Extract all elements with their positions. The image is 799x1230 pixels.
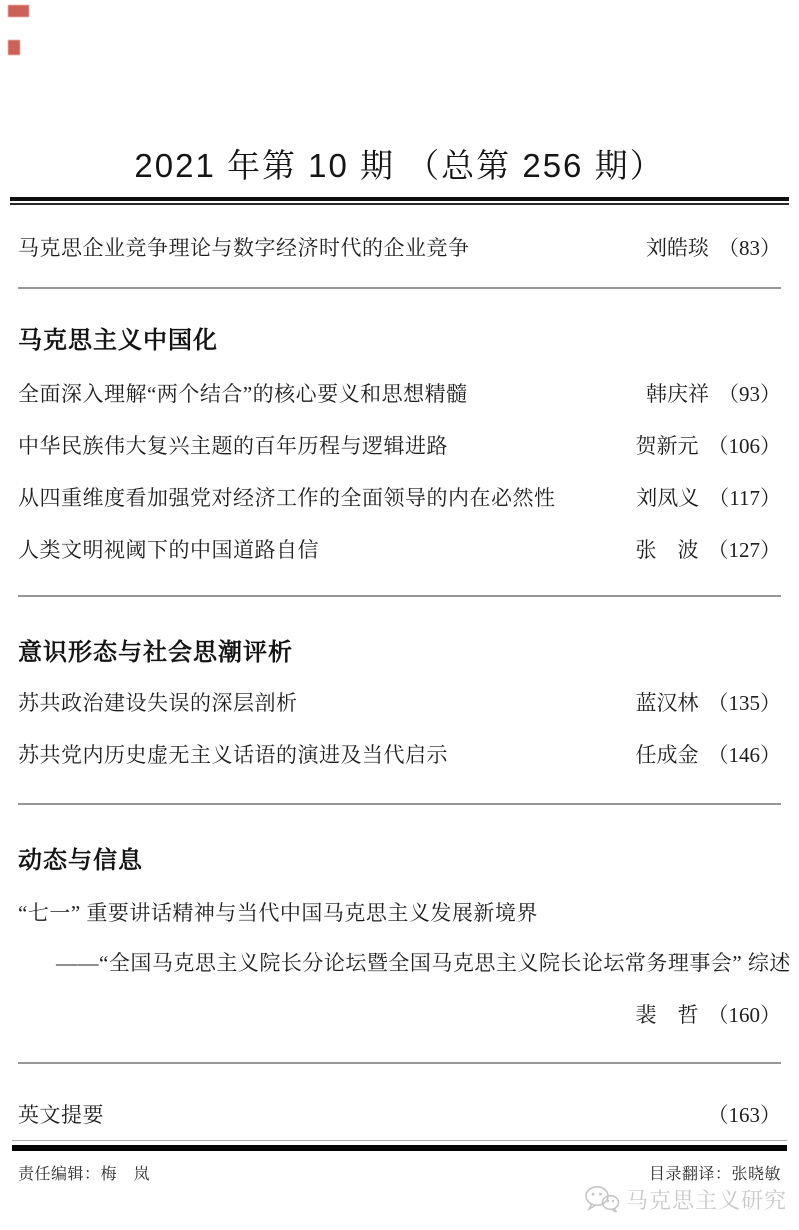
entry-title: 英文提要 (18, 1102, 104, 1129)
entry-ref: 张 波 （127） (636, 537, 782, 564)
entry-author: 刘皓琰 (646, 235, 709, 262)
masthead-double-rule (10, 197, 789, 205)
red-stamp-fragment (8, 40, 20, 55)
entry-page: （117） (708, 485, 781, 512)
entry-page: （106） (708, 433, 782, 460)
watermark-text: 马克思主义研究 (626, 1184, 787, 1215)
entry-page: （146） (708, 742, 782, 769)
section-divider (18, 595, 781, 597)
entry-ref: 蓝汉林 （135） (636, 690, 782, 717)
entry-ref: （163） (708, 1102, 782, 1129)
entry-author: 刘凤义 (636, 485, 699, 512)
entry-ref: 韩庆祥 （93） (646, 381, 781, 408)
section-heading: 意识形态与社会思潮评析 (18, 637, 781, 669)
entry-author: 韩庆祥 (646, 381, 709, 408)
entry-page: （127） (708, 537, 782, 564)
toc-entry: 苏共政治建设失误的深层剖析 蓝汉林 （135） (18, 690, 781, 717)
entry-title: 全面深入理解“两个结合”的核心要义和思想精髓 (18, 381, 468, 408)
journal-toc-page: 2021 年第 10 期 （总第 256 期） 马克思企业竞争理论与数字经济时代… (0, 0, 799, 1230)
entry-author: 贺新元 (636, 433, 699, 460)
entry-ref: 刘凤义 （117） (636, 485, 781, 512)
toc-entry: 马克思企业竞争理论与数字经济时代的企业竞争 刘皓琰 （83） (18, 235, 781, 262)
entry-title: 中华民族伟大复兴主题的百年历程与逻辑进路 (18, 433, 448, 460)
section-heading: 动态与信息 (18, 845, 781, 877)
red-stamp-fragment (8, 5, 29, 17)
entry-ref: 刘皓琰 （83） (646, 235, 781, 262)
entry-page: （93） (718, 381, 781, 408)
entry-author: 蓝汉林 (636, 690, 699, 717)
entry-page: （135） (708, 690, 782, 717)
section-divider (18, 1062, 781, 1064)
entry-author: 张 波 (636, 537, 699, 564)
issue-title: 2021 年第 10 期 （总第 256 期） (0, 146, 799, 186)
section-divider (18, 287, 781, 289)
entry-subtitle: ——“全国马克思主义院长分论坛暨全国马克思主义院长论坛常务理事会” 综述 (56, 950, 791, 977)
toc-entry-author-line: 裴 哲 （160） (18, 1002, 781, 1029)
entry-page: （83） (718, 235, 781, 262)
entry-author: 任成金 (636, 742, 699, 769)
entry-title: 从四重维度看加强党对经济工作的全面领导的内在必然性 (18, 485, 556, 512)
footer-double-rule (12, 1140, 787, 1151)
footer: 责任编辑：梅 岚 目录翻译：张晓敏 (18, 1165, 781, 1185)
wechat-watermark: 马克思主义研究 (584, 1184, 787, 1215)
entry-title: 马克思企业竞争理论与数字经济时代的企业竞争 (18, 235, 470, 262)
entry-author: 裴 哲 (636, 1002, 699, 1029)
toc-entry: 中华民族伟大复兴主题的百年历程与逻辑进路 贺新元 （106） (18, 433, 781, 460)
entry-page: （160） (708, 1002, 782, 1029)
toc-entry-title-line: “七一” 重要讲话精神与当代中国马克思主义发展新境界 (18, 900, 781, 927)
entry-ref: 任成金 （146） (636, 742, 782, 769)
toc-entry: 从四重维度看加强党对经济工作的全面领导的内在必然性 刘凤义 （117） (18, 485, 781, 512)
toc-entry: 苏共党内历史虚无主义话语的演进及当代启示 任成金 （146） (18, 742, 781, 769)
toc-entry: 人类文明视阈下的中国道路自信 张 波 （127） (18, 537, 781, 564)
toc-entry: 全面深入理解“两个结合”的核心要义和思想精髓 韩庆祥 （93） (18, 381, 781, 408)
entry-ref: 裴 哲 （160） (636, 1002, 782, 1029)
entry-title: “七一” 重要讲话精神与当代中国马克思主义发展新境界 (18, 900, 538, 927)
entry-title: 人类文明视阈下的中国道路自信 (18, 537, 319, 564)
entry-page: （163） (708, 1102, 782, 1129)
section-heading: 马克思主义中国化 (18, 325, 781, 357)
toc-entry: 英文提要 （163） (18, 1102, 781, 1129)
responsible-editor-label: 责任编辑：梅 岚 (18, 1165, 150, 1185)
entry-title: 苏共党内历史虚无主义话语的演进及当代启示 (18, 742, 448, 769)
section-divider (18, 803, 781, 805)
entry-ref: 贺新元 （106） (636, 433, 782, 460)
toc-content: 马克思企业竞争理论与数字经济时代的企业竞争 刘皓琰 （83） 马克思主义中国化 … (18, 235, 781, 1129)
toc-entry-subtitle-line: ——“全国马克思主义院长分论坛暨全国马克思主义院长论坛常务理事会” 综述 (18, 950, 781, 977)
entry-title: 苏共政治建设失误的深层剖析 (18, 690, 298, 717)
wechat-icon (584, 1185, 620, 1214)
toc-translator-label: 目录翻译：张晓敏 (649, 1165, 781, 1185)
